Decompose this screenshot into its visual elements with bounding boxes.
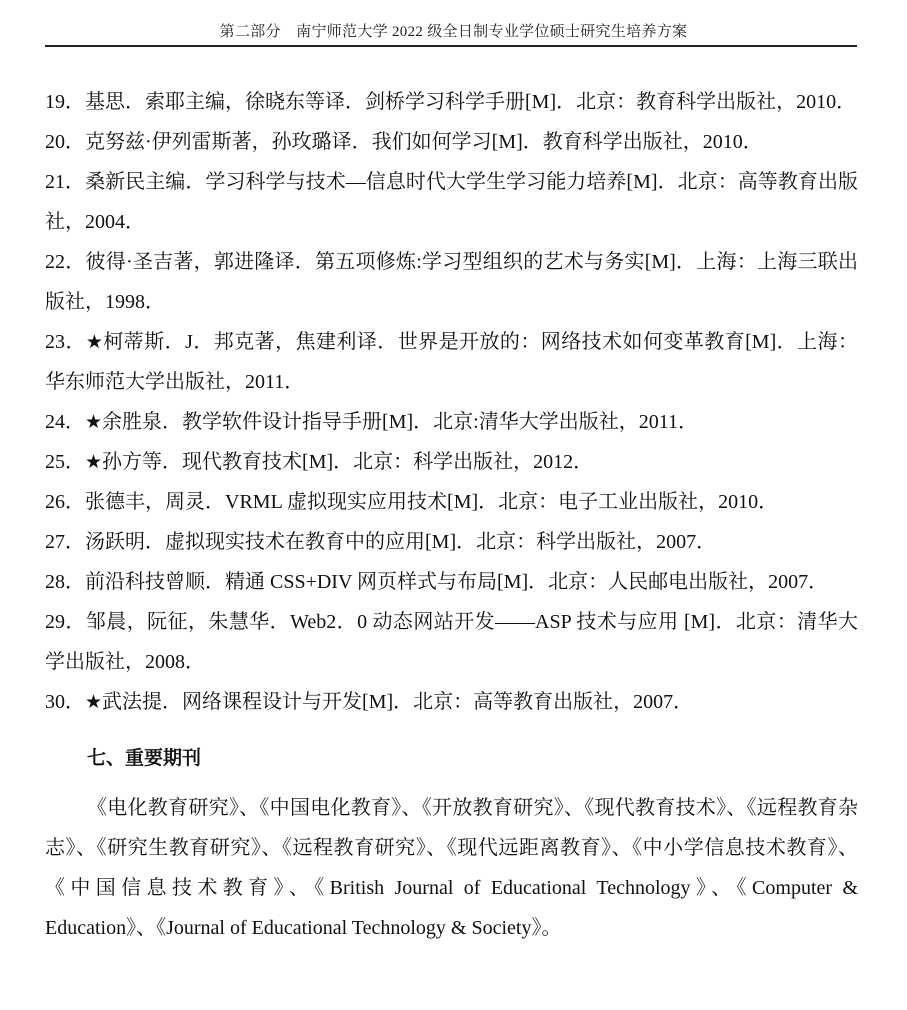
reference-text: 汤跃明．虚拟现实技术在教育中的应用[M]．北京：科学出版社，2007． xyxy=(85,531,716,553)
reference-number: 23． xyxy=(45,331,86,353)
reference-text: 武法提．网络课程设计与开发[M]．北京：高等教育出版社，2007． xyxy=(102,691,693,713)
reference-number: 19． xyxy=(45,91,85,113)
reference-text: 克努兹·伊列雷斯著，孙玫璐译．我们如何学习[M]．教育科学出版社，2010． xyxy=(85,131,763,153)
star-icon: ★ xyxy=(85,411,102,433)
reference-item: 19．基思．索耶主编，徐晓东等译．剑桥学习科学手册[M]．北京：教育科学出版社，… xyxy=(45,82,858,122)
reference-number: 22． xyxy=(45,251,85,273)
reference-text: 彼得·圣吉著，郭进隆译．第五项修炼:学习型组织的艺术与务实[M]．上海：上海三联… xyxy=(45,251,858,313)
journal-list-paragraph: 《电化教育研究》、《中国电化教育》、《开放教育研究》、《现代教育技术》、《远程教… xyxy=(45,788,858,948)
reference-item: 21．桑新民主编．学习科学与技术—信息时代大学生学习能力培养[M]．北京：高等教… xyxy=(45,162,858,242)
reference-text: 柯蒂斯．J．邦克著，焦建利译．世界是开放的：网络技术如何变革教育[M]．上海：华… xyxy=(45,331,858,393)
star-icon: ★ xyxy=(86,331,103,353)
reference-number: 25． xyxy=(45,451,85,473)
section-heading: 七、重要期刊 xyxy=(45,738,858,778)
reference-text: 前沿科技曾顺．精通 CSS+DIV 网页样式与布局[M]．北京：人民邮电出版社，… xyxy=(85,571,828,593)
reference-number: 24． xyxy=(45,411,85,433)
reference-item: 24．★余胜泉．教学软件设计指导手册[M]．北京:清华大学出版社，2011． xyxy=(45,402,858,442)
reference-item: 22．彼得·圣吉著，郭进隆译．第五项修炼:学习型组织的艺术与务实[M]．上海：上… xyxy=(45,242,858,322)
star-icon: ★ xyxy=(85,691,102,713)
reference-text: 孙方等．现代教育技术[M]．北京：科学出版社，2012． xyxy=(102,451,593,473)
reference-text: 桑新民主编．学习科学与技术—信息时代大学生学习能力培养[M]．北京：高等教育出版… xyxy=(45,171,858,233)
reference-item: 27．汤跃明．虚拟现实技术在教育中的应用[M]．北京：科学出版社，2007． xyxy=(45,522,858,562)
reference-text: 张德丰，周灵．VRML 虚拟现实应用技术[M]．北京：电子工业出版社，2010． xyxy=(85,491,778,513)
reference-item: 23．★柯蒂斯．J．邦克著，焦建利译．世界是开放的：网络技术如何变革教育[M]．… xyxy=(45,322,858,402)
reference-number: 27． xyxy=(45,531,85,553)
reference-item: 30．★武法提．网络课程设计与开发[M]．北京：高等教育出版社，2007． xyxy=(45,682,858,722)
reference-item: 29．邹晨，阮征，朱慧华．Web2．0 动态网站开发——ASP 技术与应用 [M… xyxy=(45,602,858,682)
reference-text: 基思．索耶主编，徐晓东等译．剑桥学习科学手册[M]．北京：教育科学出版社，201… xyxy=(85,91,856,113)
reference-number: 28． xyxy=(45,571,85,593)
reference-text: 邹晨，阮征，朱慧华．Web2．0 动态网站开发——ASP 技术与应用 [M]．北… xyxy=(45,611,858,673)
reference-number: 26． xyxy=(45,491,85,513)
document-body: 19．基思．索耶主编，徐晓东等译．剑桥学习科学手册[M]．北京：教育科学出版社，… xyxy=(45,82,858,948)
reference-item: 25．★孙方等．现代教育技术[M]．北京：科学出版社，2012． xyxy=(45,442,858,482)
reference-number: 29． xyxy=(45,611,86,633)
reference-item: 28．前沿科技曾顺．精通 CSS+DIV 网页样式与布局[M]．北京：人民邮电出… xyxy=(45,562,858,602)
reference-item: 20．克努兹·伊列雷斯著，孙玫璐译．我们如何学习[M]．教育科学出版社，2010… xyxy=(45,122,858,162)
star-icon: ★ xyxy=(85,451,102,473)
header-rule xyxy=(45,45,857,47)
reference-item: 26．张德丰，周灵．VRML 虚拟现实应用技术[M]．北京：电子工业出版社，20… xyxy=(45,482,858,522)
reference-list: 19．基思．索耶主编，徐晓东等译．剑桥学习科学手册[M]．北京：教育科学出版社，… xyxy=(45,82,858,722)
page-header: 第二部分 南宁师范大学 2022 级全日制专业学位硕士研究生培养方案 xyxy=(0,22,907,42)
reference-text: 余胜泉．教学软件设计指导手册[M]．北京:清华大学出版社，2011． xyxy=(102,411,698,433)
reference-number: 20． xyxy=(45,131,85,153)
reference-number: 30． xyxy=(45,691,85,713)
reference-number: 21． xyxy=(45,171,85,193)
header-title: 第二部分 南宁师范大学 2022 级全日制专业学位硕士研究生培养方案 xyxy=(220,24,688,40)
